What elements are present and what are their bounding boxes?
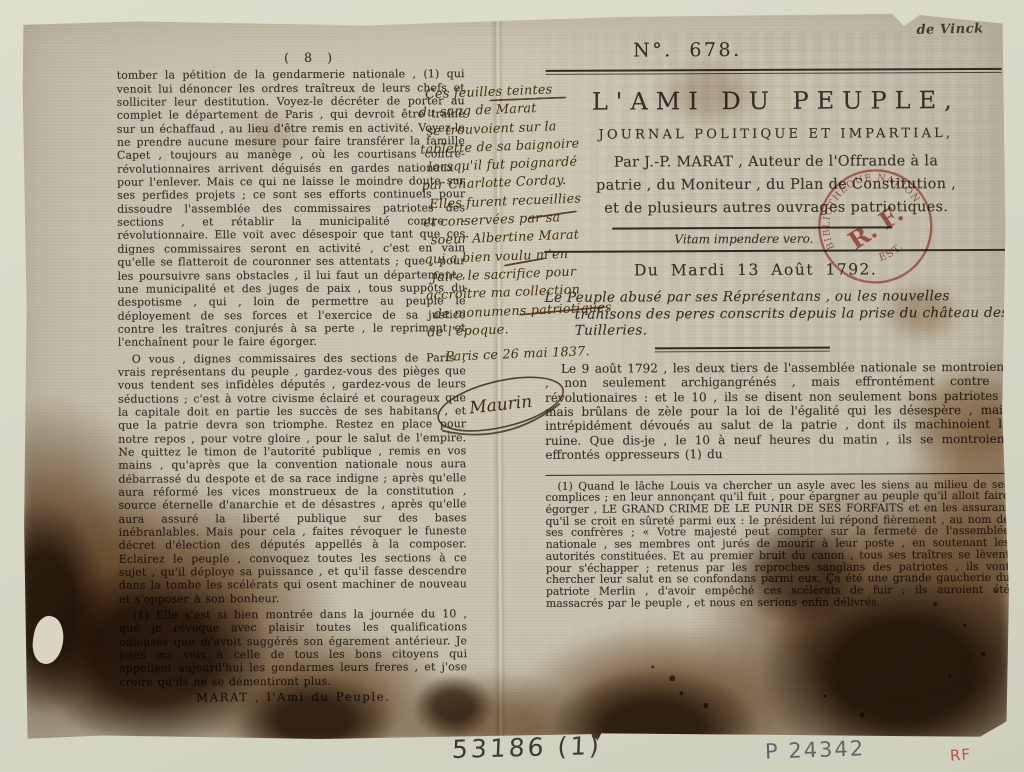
article-headline: Le Peuple abusé par ses Réprésentans , o… bbox=[545, 288, 1009, 340]
divider-rule bbox=[655, 346, 830, 352]
ink-speck bbox=[703, 703, 708, 708]
author-signature-line: MARAT , l'Ami du Peuple. bbox=[119, 690, 467, 705]
right-footnote: (1) Quand le lâche Louis va chercher un … bbox=[545, 478, 1010, 609]
left-paragraph: tomber la pétition de la gendarmerie nat… bbox=[117, 68, 466, 350]
page-number: ( 8 ) bbox=[157, 50, 465, 65]
handwritten-note: Ces feuilles teintes du sang de Marat se… bbox=[425, 79, 612, 367]
ink-speck bbox=[823, 695, 826, 698]
ink-speck bbox=[651, 665, 654, 668]
rf-mark: RF bbox=[949, 745, 971, 764]
byline-line: patrie , du Moniteur , du Plan de Consti… bbox=[544, 173, 1008, 198]
masthead-subtitle: JOURNAL POLITIQUE ET IMPARTIAL, bbox=[544, 126, 1008, 143]
left-footnote: (1) Elle s'est si bien montrée dans la j… bbox=[119, 607, 467, 689]
byline-line: Par J.-P. MARAT , Auteur de l'Offrande à… bbox=[544, 150, 1008, 175]
ink-speck bbox=[859, 712, 864, 717]
ink-speck bbox=[679, 691, 683, 695]
catalog-number: 53186 (1) bbox=[451, 731, 602, 764]
left-column: ( 8 ) tomber la pétition de la gendarmer… bbox=[117, 50, 468, 705]
ink-speck bbox=[948, 674, 951, 677]
photo-mount: ( 8 ) tomber la pétition de la gendarmer… bbox=[0, 0, 1024, 772]
issue-number: N°. 678. bbox=[544, 39, 832, 62]
collector-stamp-de-vinck: de Vinck bbox=[916, 21, 983, 37]
ink-speck bbox=[933, 602, 937, 606]
article-body: Le 9 août 1792 , les deux tiers de l'ass… bbox=[545, 360, 1009, 463]
collection-number: P 24342 bbox=[765, 736, 866, 763]
collector-signature: Maurin bbox=[422, 356, 581, 461]
ink-speck bbox=[995, 590, 998, 593]
ink-speck bbox=[669, 675, 675, 681]
ink-speck bbox=[963, 624, 966, 627]
footnote-rule bbox=[545, 472, 1009, 475]
left-paragraph: O vous , dignes commissaires des section… bbox=[118, 351, 467, 606]
divider-rule bbox=[546, 68, 1002, 75]
signature-text: Maurin bbox=[467, 392, 533, 419]
masthead-title: L'AMI DU PEUPLE, bbox=[544, 86, 1008, 116]
ink-speck bbox=[981, 652, 985, 656]
stamp-bottom-text: EST. bbox=[875, 239, 907, 266]
right-column: N°. 678. L'AMI DU PEUPLE, JOURNAL POLITI… bbox=[544, 38, 1011, 620]
newspaper-sheet: ( 8 ) tomber la pétition de la gendarmer… bbox=[20, 12, 1009, 743]
